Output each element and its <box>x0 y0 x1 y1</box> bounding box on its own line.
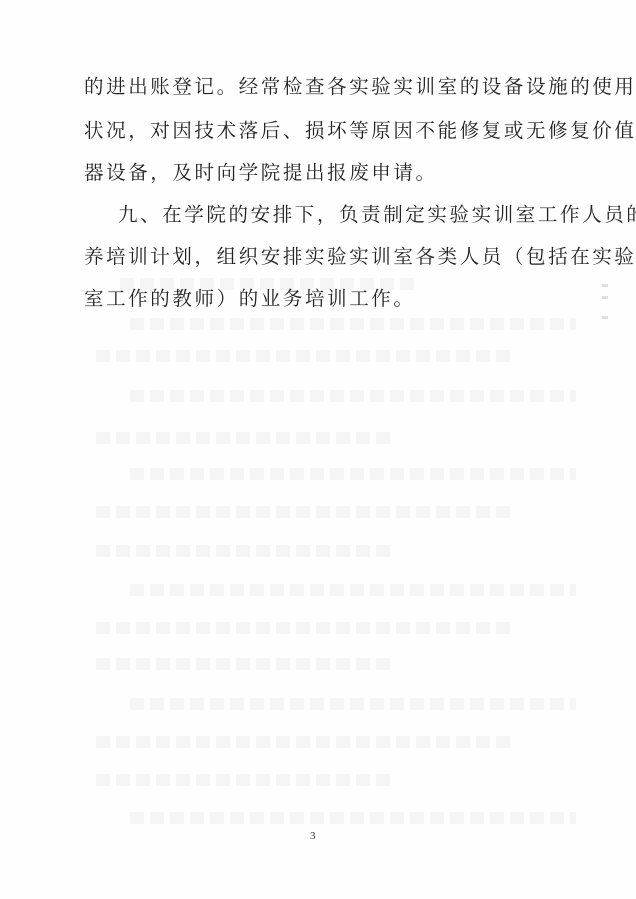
scan-artifact <box>602 284 608 287</box>
bleed-through-text <box>120 278 420 290</box>
bleed-through-text <box>96 658 396 670</box>
paragraph-line: 状况，对因技术落后、损坏等原因不能修复或无修复价值的仪 <box>84 118 636 144</box>
document-page: 的进出账登记。经常检查各实验实训室的设备设施的使用维护 状况，对因技术落后、损坏… <box>0 0 636 899</box>
bleed-through-text <box>130 390 576 402</box>
paragraph-line: 器设备，及时向学院提出报废申请。 <box>84 160 438 186</box>
bleed-through-text <box>96 545 396 557</box>
paragraph-line: 的进出账登记。经常检查各实验实训室的设备设施的使用维护 <box>84 74 636 100</box>
page-number: 3 <box>310 830 316 842</box>
bleed-through-text <box>96 736 516 748</box>
bleed-through-text <box>96 506 516 518</box>
paragraph-line: 养培训计划，组织安排实验实训室各类人员（包括在实验实训 <box>84 244 636 270</box>
paragraph-line: 九、在学院的安排下，负责制定实验实训室工作人员的培 <box>118 202 636 228</box>
bleed-through-text <box>130 812 576 824</box>
bleed-through-text <box>96 350 516 362</box>
bleed-through-text <box>96 774 396 786</box>
scan-artifact <box>602 296 608 299</box>
bleed-through-text <box>130 318 576 330</box>
bleed-through-text <box>130 468 576 480</box>
bleed-through-text <box>130 584 576 596</box>
bleed-through-text <box>96 432 396 444</box>
bleed-through-text <box>130 698 576 710</box>
bleed-through-text <box>96 622 516 634</box>
scan-artifact <box>602 316 608 319</box>
